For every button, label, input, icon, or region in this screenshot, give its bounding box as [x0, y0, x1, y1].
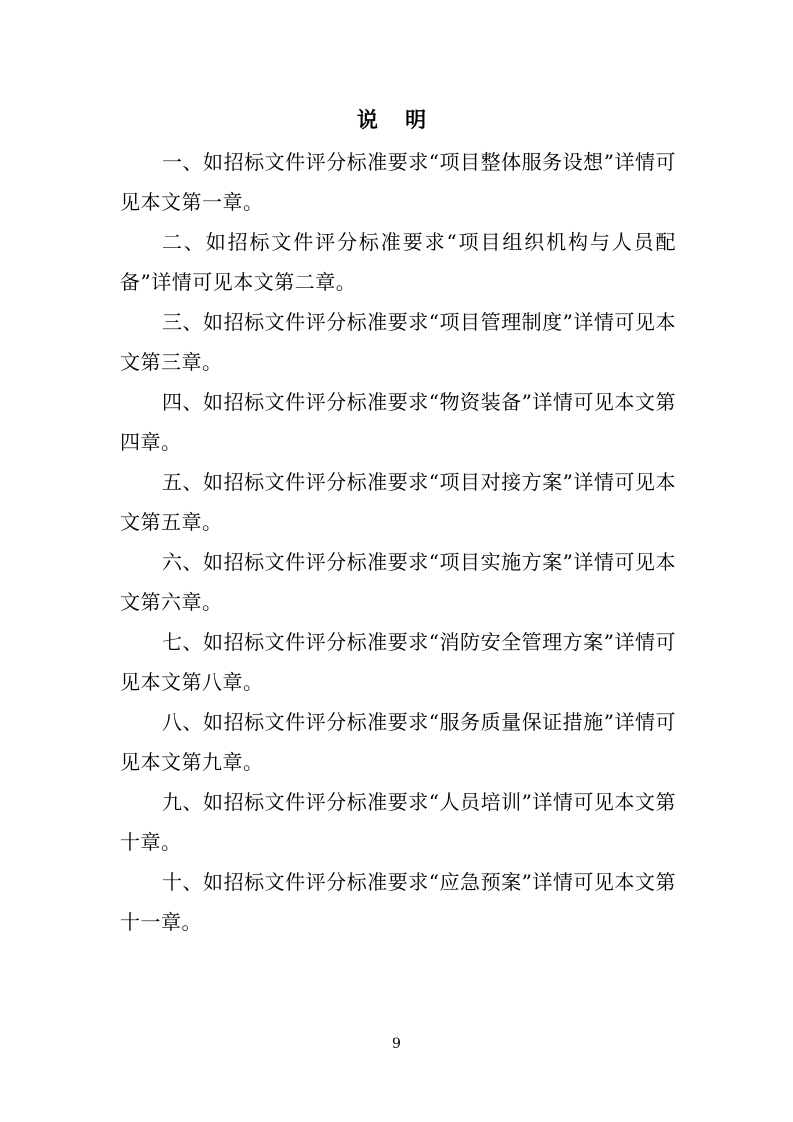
page-title: 说 明: [0, 104, 793, 134]
paragraph-4: 四、如招标文件评分标准要求“物资装备”详情可见本文第四章。: [120, 382, 676, 462]
paragraph-9: 九、如招标文件评分标准要求“人员培训”详情可见本文第十章。: [120, 782, 676, 862]
paragraph-5: 五、如招标文件评分标准要求“项目对接方案”详情可见本文第五章。: [120, 462, 676, 542]
paragraph-10: 十、如招标文件评分标准要求“应急预案”详情可见本文第十一章。: [120, 862, 676, 942]
page-number: 9: [0, 1036, 793, 1052]
paragraph-3: 三、如招标文件评分标准要求“项目管理制度”详情可见本文第三章。: [120, 302, 676, 382]
paragraph-8: 八、如招标文件评分标准要求“服务质量保证措施”详情可见本文第九章。: [120, 702, 676, 782]
paragraph-2: 二、如招标文件评分标准要求“项目组织机构与人员配备”详情可见本文第二章。: [120, 222, 676, 302]
document-body: 一、如招标文件评分标准要求“项目整体服务设想”详情可见本文第一章。 二、如招标文…: [120, 142, 676, 942]
paragraph-1: 一、如招标文件评分标准要求“项目整体服务设想”详情可见本文第一章。: [120, 142, 676, 222]
paragraph-6: 六、如招标文件评分标准要求“项目实施方案”详情可见本文第六章。: [120, 542, 676, 622]
paragraph-7: 七、如招标文件评分标准要求“消防安全管理方案”详情可见本文第八章。: [120, 622, 676, 702]
